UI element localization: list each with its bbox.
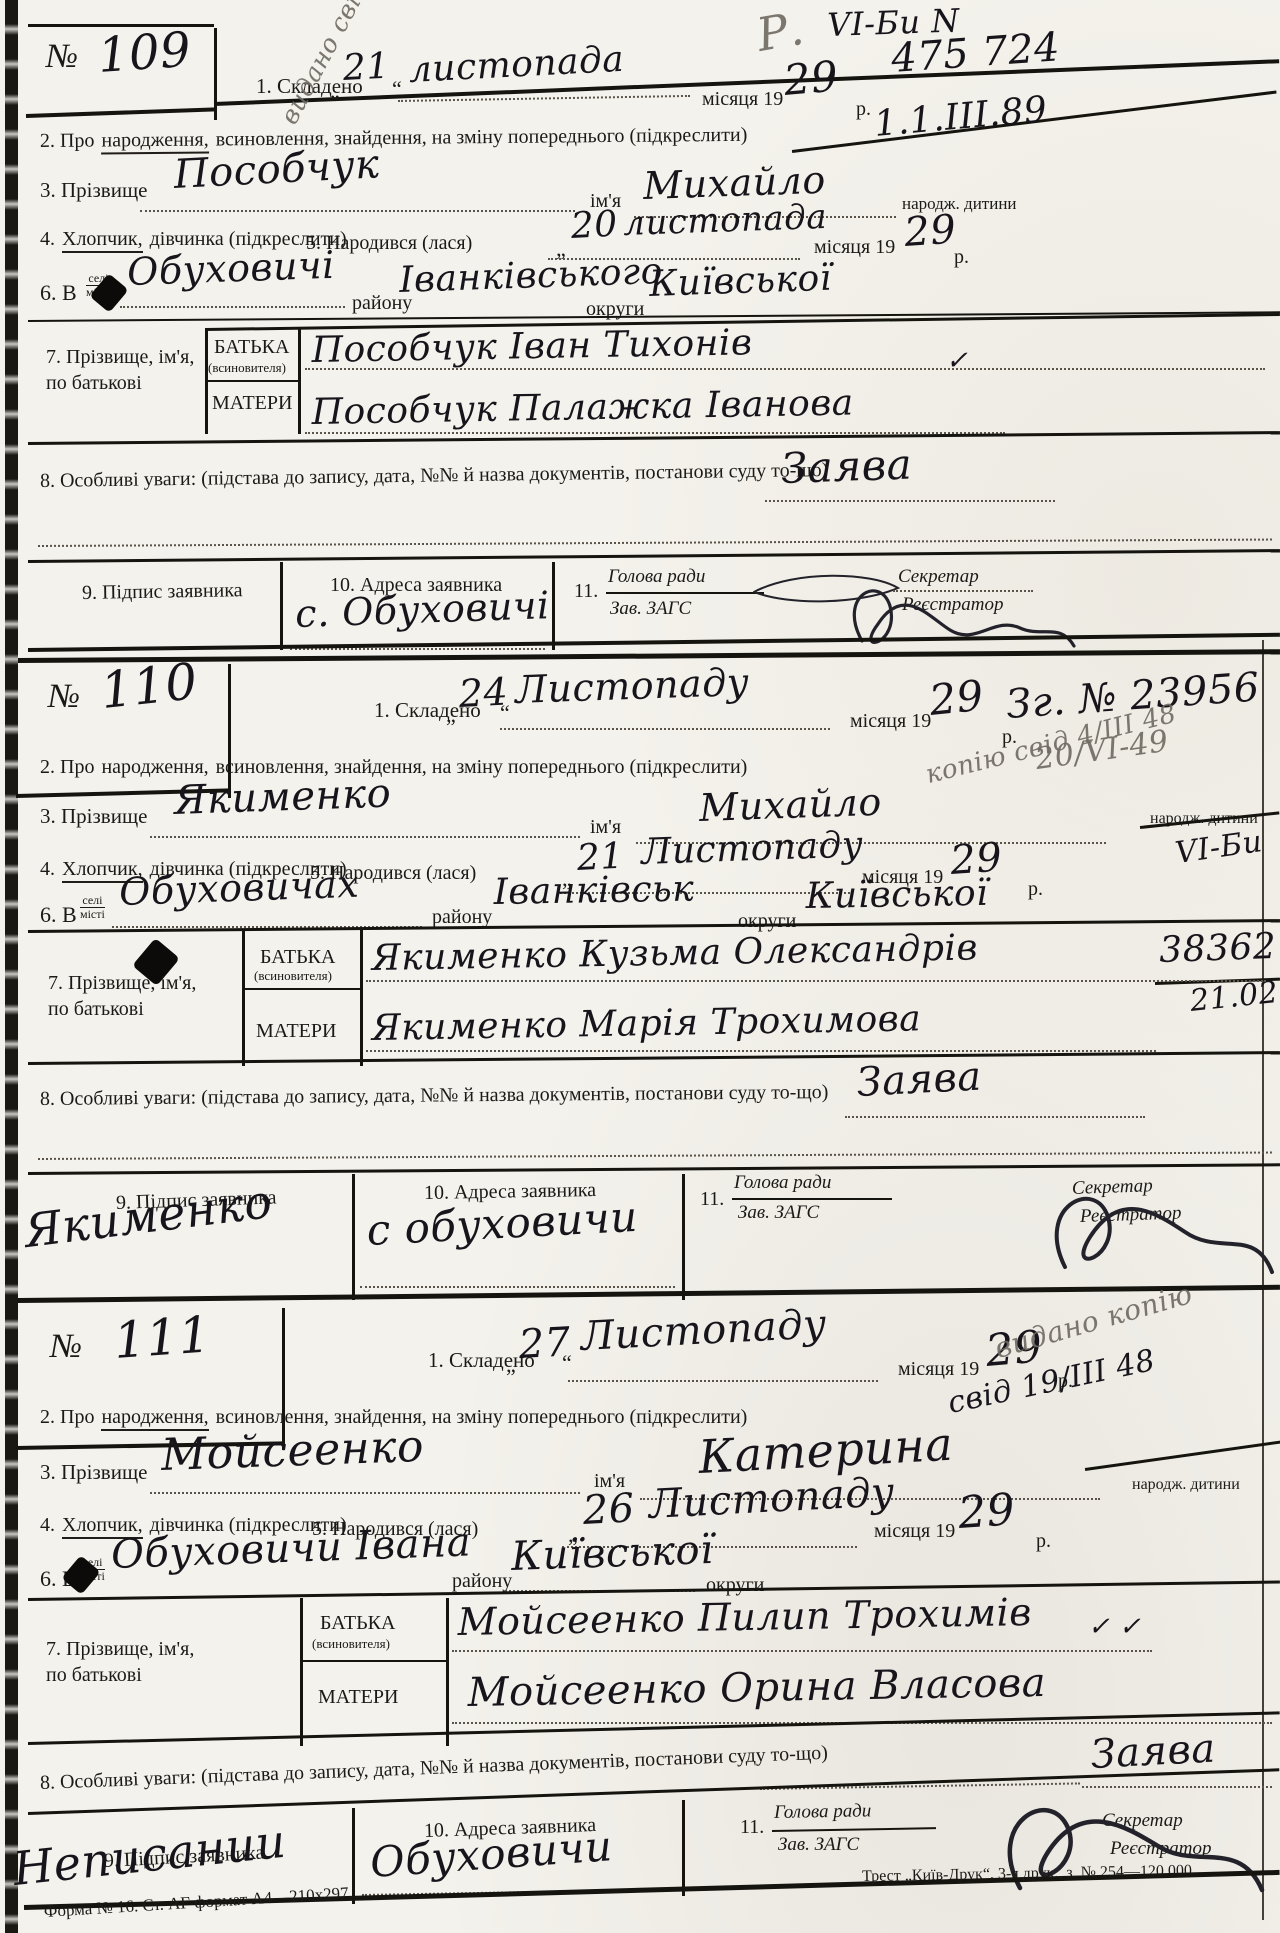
rule bbox=[280, 562, 283, 650]
label-father: БАТЬКА bbox=[320, 1612, 395, 1635]
label-about: 2. Про bbox=[40, 756, 94, 778]
rule bbox=[352, 1174, 355, 1300]
quote-close: “ bbox=[562, 1350, 572, 1376]
rule bbox=[360, 930, 363, 1066]
label-year-r: р. bbox=[1036, 1530, 1051, 1553]
rule bbox=[290, 648, 545, 650]
mother-value: Якименко Марія Трохимова bbox=[371, 998, 921, 1049]
composed-month: листопада bbox=[408, 39, 625, 91]
label-month-19: місяця 19 bbox=[874, 1520, 955, 1543]
secretary-signature bbox=[832, 566, 1082, 681]
secretary-signature bbox=[990, 1778, 1280, 1928]
label-surname: 3. Прізвище bbox=[40, 1460, 147, 1485]
rule bbox=[305, 368, 1265, 370]
rule bbox=[298, 328, 301, 434]
strike-line bbox=[1085, 1440, 1280, 1470]
pencil-flourish: Р. bbox=[753, 1, 808, 62]
label-parents-2: по батькові bbox=[48, 998, 144, 1021]
label-4: 4. bbox=[40, 228, 55, 250]
district-value: Іванківськ bbox=[493, 869, 694, 913]
rule bbox=[28, 549, 1280, 563]
rule bbox=[242, 930, 245, 1066]
rule bbox=[205, 380, 298, 382]
label-parents-2: по батькові bbox=[46, 1664, 142, 1687]
pencil-note-2: свід 19/ІІІ 48 bbox=[945, 1343, 1159, 1421]
father-value: Пособчук Іван Тихонів bbox=[311, 322, 752, 371]
place-value: Обуховичі bbox=[126, 243, 335, 294]
label-adopter: (всиновителя) bbox=[254, 968, 332, 984]
label-zags: Зав. ЗАГС bbox=[778, 1834, 859, 1856]
form-number-note: Форма № 16. Ст. АГ формат А4—210x297. bbox=[43, 1883, 353, 1922]
rule bbox=[140, 210, 575, 212]
label-month-19: місяця 19 bbox=[814, 236, 895, 259]
rule bbox=[366, 980, 1266, 982]
record-number-sign: № bbox=[50, 1328, 82, 1366]
rule bbox=[765, 500, 1055, 502]
label-okrug: округи bbox=[706, 1574, 764, 1597]
label-zags: Зав. ЗАГС bbox=[610, 598, 691, 620]
given-name-value: Михайло bbox=[698, 780, 882, 830]
born-year: 29 bbox=[903, 206, 958, 256]
father-checkmark: ✓ bbox=[946, 346, 968, 376]
rule bbox=[38, 539, 1272, 547]
rule bbox=[28, 1051, 1280, 1065]
margin-code: VI-Би bbox=[1173, 824, 1265, 871]
father-value: Мойсеенко Пилип Трохимів bbox=[457, 1590, 1032, 1644]
rule bbox=[772, 1827, 936, 1832]
line2-row: 2. Пронародження,всиновлення, знайдення,… bbox=[40, 124, 755, 153]
label-month-19: місяця 19 bbox=[898, 1358, 979, 1381]
label-month-19: місяця 19 bbox=[850, 710, 931, 733]
rule bbox=[845, 1116, 1145, 1118]
label-year-r: р. bbox=[1028, 878, 1043, 901]
margin-number: 38362 bbox=[1159, 926, 1277, 971]
record-number-value: 111 bbox=[112, 1305, 213, 1370]
born-month: Листопаду bbox=[648, 1469, 896, 1528]
village-city-alternative: селі місті bbox=[80, 894, 105, 921]
applicant-address-value: с обуховичи bbox=[365, 1192, 639, 1255]
scanned-registry-page: № 109 1. Складено „ 21 “ листопада місяц… bbox=[0, 0, 1280, 1933]
composed-year: 29 bbox=[927, 671, 986, 725]
label-parents-2: по батькові bbox=[46, 372, 142, 395]
mother-value: Пособчук Палажка Іванова bbox=[311, 383, 854, 433]
label-4: 4. bbox=[40, 858, 55, 880]
label-parents-1: 7. Прізвище, ім'я, bbox=[46, 1638, 194, 1661]
label-district: району bbox=[452, 1570, 512, 1593]
label-adopter: (всиновителя) bbox=[208, 360, 286, 376]
label-council-head: Голова ради bbox=[608, 566, 705, 588]
label-month-19: місяця 19 bbox=[702, 88, 783, 111]
quote-open: „ bbox=[506, 1352, 516, 1378]
record-number-value: 110 bbox=[98, 652, 200, 720]
label-council-head: Голова ради bbox=[774, 1800, 872, 1824]
label-birth-underlined: народження, bbox=[101, 1406, 208, 1431]
born-month: листопада bbox=[623, 197, 828, 244]
label-11: 11. bbox=[740, 1816, 764, 1839]
label-birth: народження, bbox=[101, 756, 208, 778]
label-in: 6. В bbox=[40, 280, 77, 306]
label-about: 2. Про bbox=[40, 130, 95, 152]
quote-close: “ bbox=[392, 76, 402, 102]
label-surname: 3. Прізвище bbox=[40, 178, 147, 203]
father-value: Якименко Кузьма Олександрів bbox=[371, 927, 978, 979]
label-city: місті bbox=[80, 908, 105, 921]
label-surname: 3. Прізвище bbox=[40, 804, 147, 829]
rule bbox=[150, 836, 580, 838]
composed-year: 29 bbox=[782, 51, 841, 105]
born-day: 20 bbox=[570, 204, 619, 247]
rule bbox=[120, 306, 345, 308]
okrug-value: Київської bbox=[805, 873, 988, 917]
rule bbox=[214, 28, 217, 120]
surname-value: Пособчук bbox=[173, 141, 381, 198]
label-parents-1: 7. Прізвище, ім'я, bbox=[46, 346, 194, 369]
label-child-birth: народж. дитини bbox=[1132, 1476, 1240, 1494]
rule bbox=[26, 107, 216, 118]
label-applicant-signature: 9. Підпис заявника bbox=[82, 579, 243, 605]
label-11: 11. bbox=[700, 1188, 724, 1211]
born-day: 26 bbox=[582, 1485, 636, 1534]
label-village: селі bbox=[80, 894, 105, 908]
quote-close: “ bbox=[500, 700, 510, 726]
rule bbox=[682, 1800, 685, 1896]
okrug-value: Київської bbox=[649, 258, 833, 305]
margin-date: 1.1.ІІІ.89 bbox=[872, 89, 1049, 145]
label-zags: Зав. ЗАГС bbox=[738, 1202, 819, 1224]
label-remarks: 8. Особливі уваги: (підстава до запису, … bbox=[40, 1081, 829, 1111]
label-father: БАТЬКА bbox=[214, 336, 289, 359]
record-number-sign: № bbox=[46, 38, 78, 76]
line2-row: 2. Пронародження,всиновлення, знайдення,… bbox=[40, 756, 754, 779]
rule bbox=[568, 1380, 878, 1382]
applicant-signature-value: Якименко bbox=[21, 1174, 275, 1258]
rule bbox=[28, 633, 1280, 652]
label-4: 4. bbox=[40, 1514, 55, 1536]
place-value: Обуховичах bbox=[118, 862, 359, 914]
composed-month: Листопаду bbox=[514, 660, 750, 712]
label-adopter: (всиновителя) bbox=[312, 1636, 390, 1652]
label-year-r: р. bbox=[856, 98, 871, 121]
rule bbox=[366, 1050, 1156, 1052]
record-number-sign: № bbox=[48, 678, 80, 716]
rule bbox=[242, 988, 360, 990]
applicant-signature-value: Неписании bbox=[10, 1814, 288, 1896]
born-month: Листопаду bbox=[641, 824, 864, 873]
applicant-address-value: с. Обуховичі bbox=[294, 583, 550, 636]
remarks-value: Заява bbox=[780, 439, 913, 493]
born-year: 29 bbox=[956, 1484, 1016, 1539]
rule bbox=[682, 1174, 685, 1300]
rule bbox=[606, 592, 764, 594]
label-mother: МАТЕРИ bbox=[212, 392, 292, 415]
rule bbox=[300, 1598, 303, 1746]
quote-open: „ bbox=[446, 702, 456, 728]
composed-month: Листопаду bbox=[580, 1301, 828, 1360]
rule bbox=[452, 1650, 1152, 1652]
rule bbox=[552, 562, 555, 650]
label-mother: МАТЕРИ bbox=[256, 1020, 336, 1043]
label-in: 6. В bbox=[40, 902, 77, 928]
surname-value: Мойсеенко bbox=[160, 1421, 424, 1481]
record-number-value: 109 bbox=[96, 22, 193, 84]
label-father: БАТЬКА bbox=[260, 946, 335, 969]
label-council-head: Голова ради bbox=[734, 1172, 831, 1194]
label-about: 2. Про bbox=[40, 1406, 94, 1428]
father-checkmarks: ✓ ✓ bbox=[1088, 1612, 1141, 1642]
applicant-address-value: Обуховичи bbox=[369, 1821, 614, 1887]
quote-open: „ bbox=[330, 78, 340, 104]
label-parents-1: 7. Прізвище, ім'я, bbox=[48, 972, 196, 995]
rule bbox=[732, 1198, 892, 1200]
label-remarks: 8. Особливі уваги: (підстава до запису, … bbox=[40, 1742, 829, 1795]
district-value: Іванківського bbox=[399, 251, 664, 301]
surname-value: Якименко bbox=[173, 770, 392, 824]
rule bbox=[300, 1660, 446, 1662]
district-value: Київської bbox=[510, 1527, 714, 1580]
remarks-value: Заява bbox=[856, 1054, 983, 1106]
scan-edge-left bbox=[5, 0, 18, 1933]
composed-day: 21 bbox=[342, 46, 391, 89]
label-11: 11. bbox=[574, 580, 598, 603]
label-year-r: р. bbox=[954, 246, 969, 269]
rule bbox=[150, 1492, 580, 1494]
rule bbox=[500, 728, 830, 730]
mother-value: Мойсеенко Орина Власова bbox=[467, 1660, 1046, 1716]
label-remarks: 8. Особливі уваги: (підстава до запису, … bbox=[40, 459, 829, 493]
label-mother: МАТЕРИ bbox=[318, 1686, 398, 1709]
rule bbox=[360, 1286, 675, 1288]
rule bbox=[38, 1152, 1272, 1160]
label-okrug: округи bbox=[738, 910, 796, 933]
rule bbox=[446, 1598, 449, 1746]
rule bbox=[18, 649, 1280, 662]
